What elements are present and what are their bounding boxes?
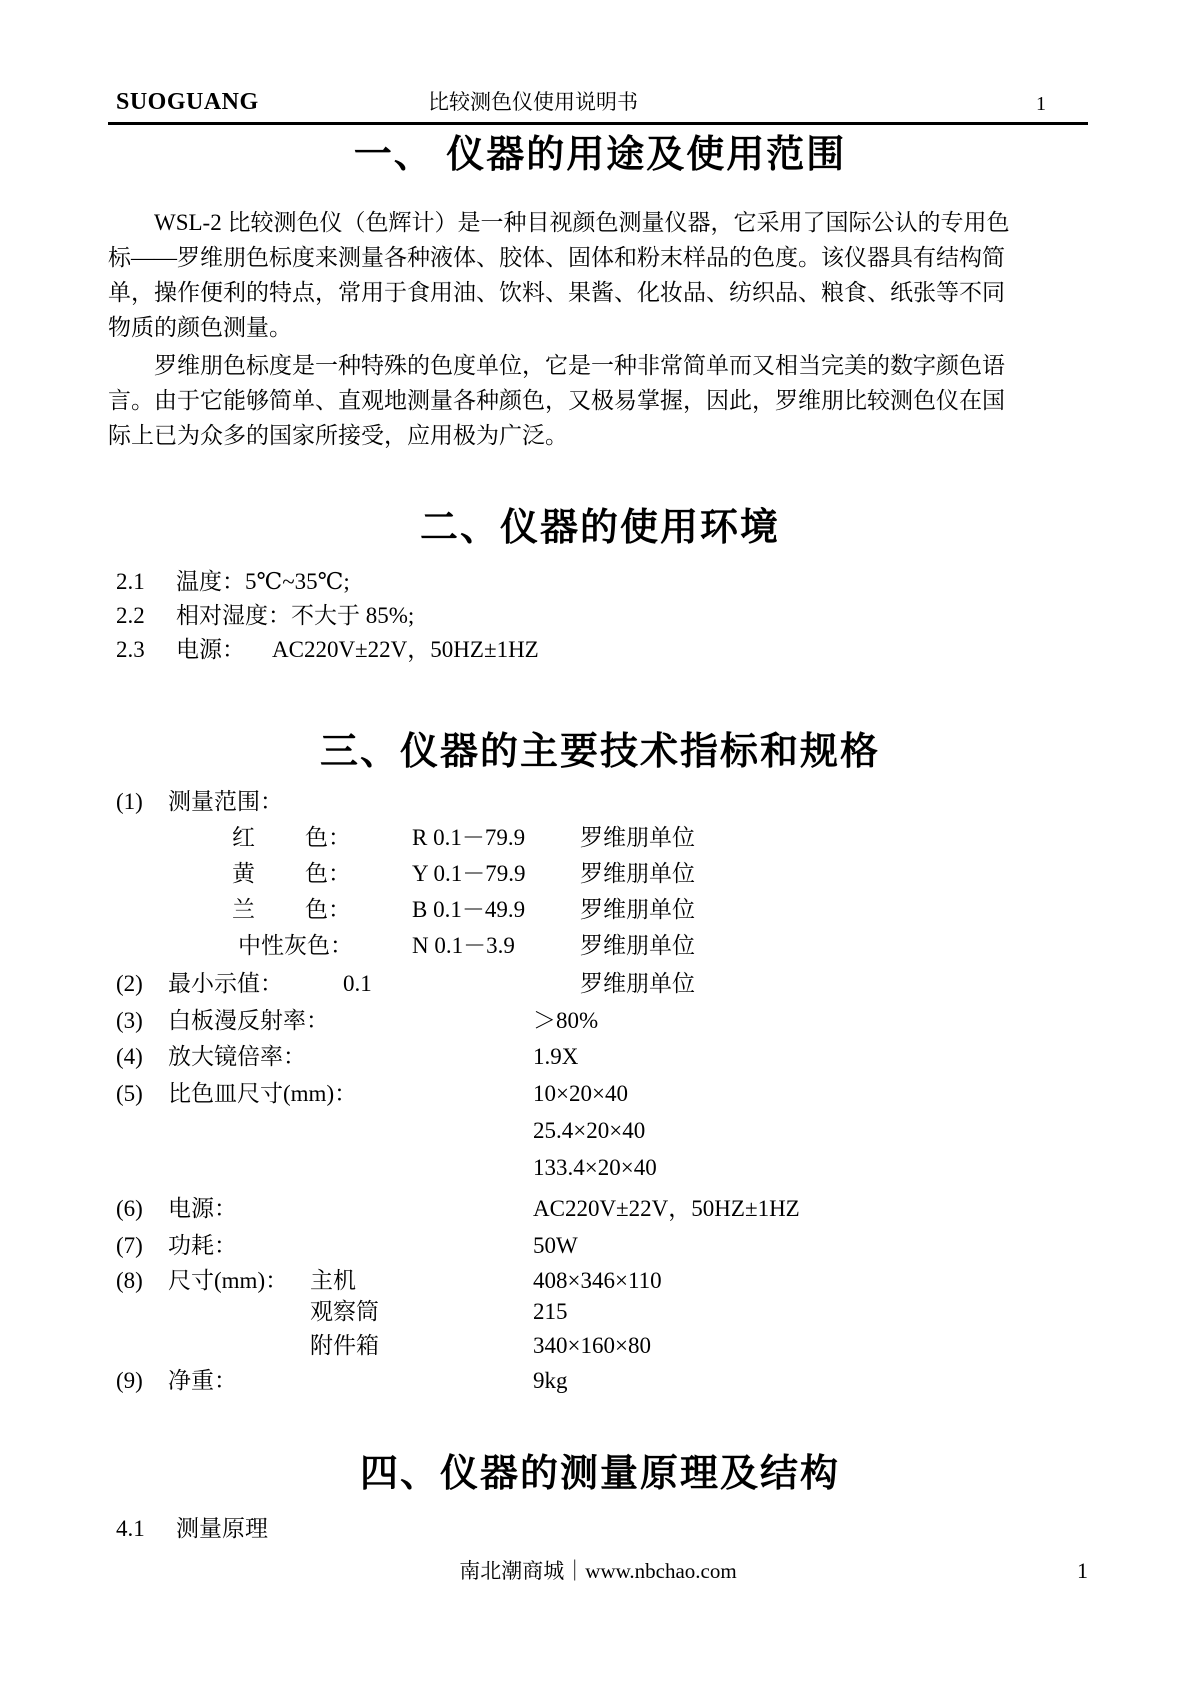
spec-value: 10×20×40 (533, 1076, 628, 1112)
paragraph-line: 单，操作便利的特点，常用于食用油、饮料、果酱、化妆品、纺织品、粮食、纸张等不同 (108, 275, 1080, 310)
paragraph-line: WSL-2 比较测色仪（色辉计）是一种目视颜色测量仪器，它采用了国际公认的专用色 (108, 205, 1080, 240)
spec-row: (7) 功耗： 50W (108, 1228, 1088, 1264)
header-title: 比较测色仪使用说明书 (428, 86, 638, 116)
spec-value: 215 (533, 1294, 568, 1330)
paragraph-line: 物质的颜色测量。 (108, 310, 1080, 345)
item-number: 4.1 (116, 1512, 145, 1546)
paragraph-line: 际上已为众多的国家所接受，应用极为广泛。 (108, 418, 1080, 453)
color-name: 兰 (232, 892, 255, 928)
spec-value: 0.1 (343, 966, 372, 1002)
spec-row: (3) 白板漫反射率： ＞80% (108, 1003, 1088, 1039)
color-label: 色： (305, 892, 351, 928)
spec-range: B 0.1－49.9 (412, 892, 525, 928)
spec-row: (6) 电源： AC220V±22V，50HZ±1HZ (108, 1191, 1088, 1227)
color-label: 色： (305, 856, 351, 892)
header-page-number: 1 (1036, 93, 1046, 116)
spec-value: 340×160×80 (533, 1328, 651, 1364)
item-value: AC220V±22V，50HZ±1HZ (272, 633, 539, 667)
spec-label: 功耗： (168, 1228, 237, 1264)
spec-number: (3) (116, 1003, 143, 1039)
section-1-heading: 一、 仪器的用途及使用范围 (0, 133, 1200, 177)
page-header: SUOGUANG 比较测色仪使用说明书 1 (108, 86, 1088, 125)
spec-row: (9) 净重： 9kg (108, 1363, 1088, 1399)
spec-row: 观察筒 215 (108, 1294, 1088, 1330)
paragraph-line: 言。由于它能够简单、直观地测量各种颜色，又极易掌握，因此，罗维朋比较测色仪在国 (108, 383, 1080, 418)
env-item-temperature: 2.1 温度：5℃~35℃; (108, 565, 1088, 599)
section-2-heading: 二、仪器的使用环境 (0, 506, 1200, 550)
section-3-heading: 三、仪器的主要技术指标和规格 (0, 730, 1200, 774)
spec-sublabel: 观察筒 (310, 1294, 379, 1330)
item-number: 2.1 (116, 565, 145, 599)
spec-row: 25.4×20×40 (108, 1113, 1088, 1149)
paragraph-line: 罗维朋色标度是一种特殊的色度单位，它是一种非常简单而又相当完美的数字颜色语 (108, 348, 1080, 383)
item-text: 温度：5℃~35℃; (176, 565, 350, 599)
spec-range: N 0.1－3.9 (412, 928, 515, 964)
spec-number: (4) (116, 1039, 143, 1075)
color-name: 中性灰色： (238, 928, 353, 964)
env-item-power: 2.3 电源： AC220V±22V，50HZ±1HZ (108, 633, 1088, 667)
spec-number: (9) (116, 1363, 143, 1399)
spec-row: (2) 最小示值： 0.1 罗维朋单位 (108, 966, 1088, 1002)
spec-row: 兰 色： B 0.1－49.9 罗维朋单位 (108, 892, 1088, 928)
footer-page-number: 1 (1077, 1554, 1088, 1588)
spec-row: 附件箱 340×160×80 (108, 1328, 1088, 1364)
section-1-paragraph-1: WSL-2 比较测色仪（色辉计）是一种目视颜色测量仪器，它采用了国际公认的专用色… (108, 205, 1080, 345)
spec-row: (1) 测量范围： (108, 784, 1088, 820)
color-label: 色： (305, 820, 351, 856)
spec-range: Y 0.1－79.9 (412, 856, 526, 892)
spec-label: 电源： (168, 1191, 237, 1227)
spec-value: AC220V±22V，50HZ±1HZ (533, 1191, 800, 1227)
spec-sublabel: 附件箱 (310, 1328, 379, 1364)
spec-value: ＞80% (533, 1003, 598, 1039)
spec-value: 50W (533, 1228, 578, 1264)
section-4-item: 4.1 测量原理 (108, 1512, 1088, 1546)
color-name: 黄 (232, 856, 255, 892)
spec-row: 中性灰色： N 0.1－3.9 罗维朋单位 (108, 928, 1088, 964)
footer-site: 南北潮商城｜www.nbchao.com (459, 1559, 736, 1583)
spec-number: (7) (116, 1228, 143, 1264)
spec-value: 133.4×20×40 (533, 1150, 657, 1186)
section-1-paragraph-2: 罗维朋色标度是一种特殊的色度单位，它是一种非常简单而又相当完美的数字颜色语 言。… (108, 348, 1080, 453)
spec-row: (5) 比色皿尺寸(mm)： 10×20×40 (108, 1076, 1088, 1112)
spec-label: 白板漫反射率： (168, 1003, 329, 1039)
item-text: 相对湿度：不大于 85%; (176, 599, 414, 633)
paragraph-line: 标——罗维朋色标度来测量各种液体、胶体、固体和粉末样品的色度。该仪器具有结构简 (108, 240, 1080, 275)
item-number: 2.2 (116, 599, 145, 633)
spec-row: (4) 放大镜倍率： 1.9X (108, 1039, 1088, 1075)
spec-value: 9kg (533, 1363, 568, 1399)
item-number: 2.3 (116, 633, 145, 667)
spec-unit: 罗维朋单位 (580, 856, 695, 892)
spec-value: 1.9X (533, 1039, 578, 1075)
spec-row: 红 色： R 0.1－79.9 罗维朋单位 (108, 820, 1088, 856)
header-brand: SUOGUANG (116, 89, 259, 116)
spec-unit: 罗维朋单位 (580, 820, 695, 856)
spec-number: (5) (116, 1076, 143, 1112)
page-footer: 南北潮商城｜www.nbchao.com 1 (108, 1554, 1088, 1588)
spec-value: 25.4×20×40 (533, 1113, 645, 1149)
color-name: 红 (232, 820, 255, 856)
spec-number: (2) (116, 966, 143, 1002)
spec-label: 最小示值： (168, 966, 283, 1002)
spec-number: (6) (116, 1191, 143, 1227)
env-item-humidity: 2.2 相对湿度：不大于 85%; (108, 599, 1088, 633)
spec-range: R 0.1－79.9 (412, 820, 525, 856)
spec-row: 黄 色： Y 0.1－79.9 罗维朋单位 (108, 856, 1088, 892)
spec-row: 133.4×20×40 (108, 1150, 1088, 1186)
item-text: 电源： (176, 633, 245, 667)
spec-label: 测量范围： (168, 784, 283, 820)
spec-unit: 罗维朋单位 (580, 966, 695, 1002)
spec-unit: 罗维朋单位 (580, 892, 695, 928)
spec-unit: 罗维朋单位 (580, 928, 695, 964)
item-text: 测量原理 (176, 1512, 268, 1546)
section-4-heading: 四、仪器的测量原理及结构 (0, 1452, 1200, 1496)
spec-label: 净重： (168, 1363, 237, 1399)
spec-label: 放大镜倍率： (168, 1039, 306, 1075)
spec-number: (1) (116, 784, 143, 820)
spec-label: 比色皿尺寸(mm)： (168, 1076, 357, 1112)
manual-page: SUOGUANG 比较测色仪使用说明书 1 一、 仪器的用途及使用范围 WSL-… (0, 0, 1200, 1694)
